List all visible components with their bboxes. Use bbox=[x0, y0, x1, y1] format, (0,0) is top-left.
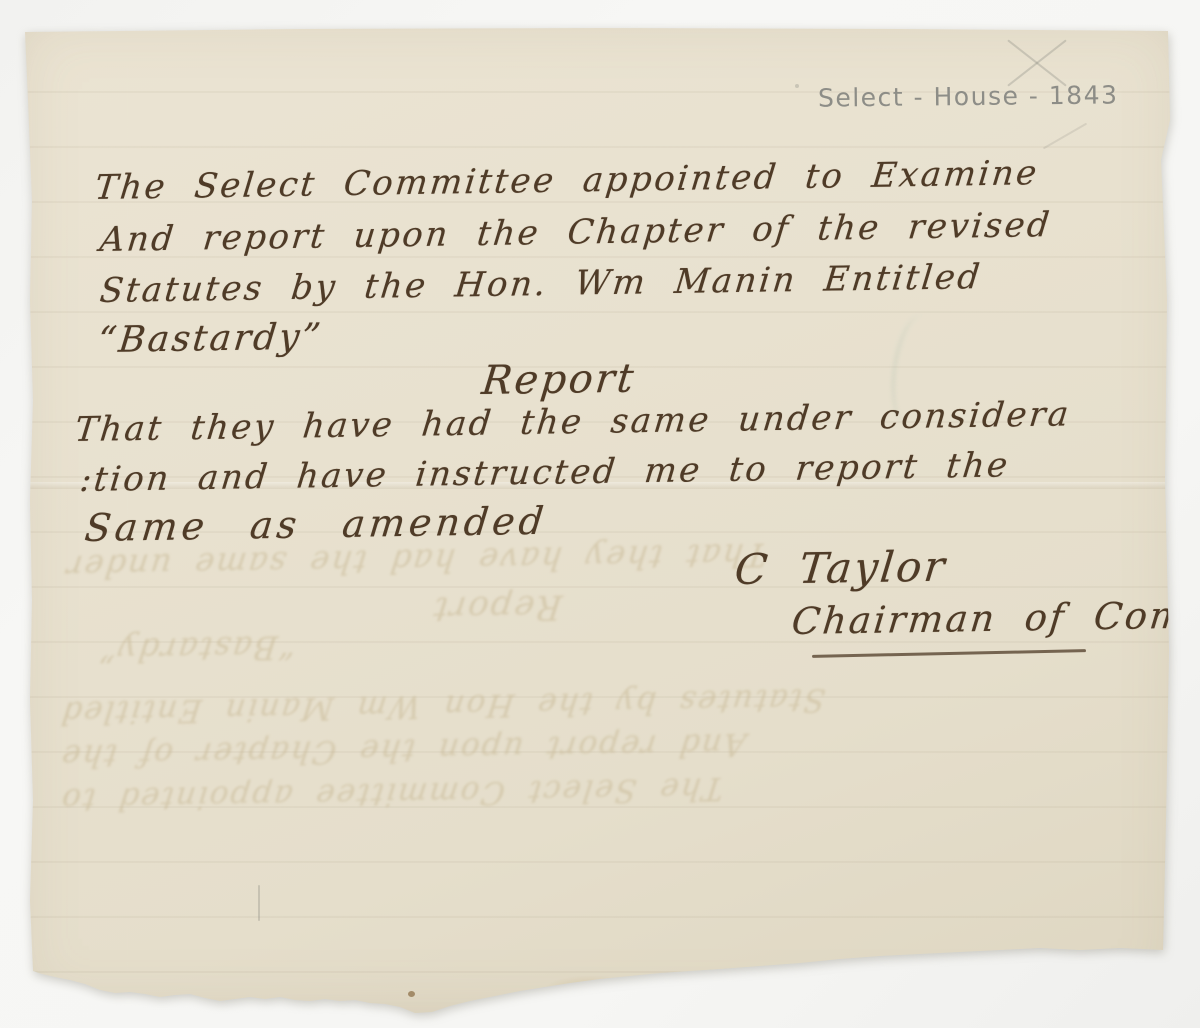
manuscript-paper: That they have had the same under Report… bbox=[0, 0, 1200, 1028]
manuscript-line: And report upon the Chapter of the revis… bbox=[98, 205, 1054, 260]
signature-name: C Taylor bbox=[732, 542, 949, 594]
bleed-through-line: And report upon the Chapter of the bbox=[58, 726, 748, 774]
pencil-stray-mark bbox=[1043, 123, 1087, 150]
bottom-edge-stain bbox=[545, 975, 635, 1001]
bleed-through-line: “Bastardy” bbox=[96, 628, 298, 670]
manuscript-line: Same as amended bbox=[83, 499, 550, 550]
manuscript-line: “Bastardy” bbox=[96, 316, 325, 361]
report-heading: Report bbox=[480, 356, 639, 404]
bleed-through-line: Report bbox=[430, 587, 565, 629]
foxing-spot bbox=[408, 991, 415, 997]
bleed-through-line: Statutes by the Hon Wm Manin Entitled bbox=[58, 681, 827, 730]
signature-title: Chairman of Com. bbox=[790, 594, 1200, 644]
signature-underline-flourish bbox=[812, 649, 1086, 657]
manuscript-line: The Select Committee appointed to Examin… bbox=[93, 153, 1041, 208]
pencil-dot-mark bbox=[795, 84, 799, 88]
manuscript-line: :tion and have instructed me to report t… bbox=[78, 445, 1012, 500]
pencil-tick-mark bbox=[258, 885, 260, 921]
bleed-through-line: The Select Committee appointed to bbox=[58, 770, 726, 818]
scanned-document-page: That they have had the same under Report… bbox=[0, 0, 1200, 1028]
archival-pencil-label: Select - House - 1843 bbox=[818, 80, 1119, 112]
manuscript-line: Statutes by the Hon. Wm Manin Entitled bbox=[98, 257, 984, 311]
paper-shadow: That they have had the same under Report… bbox=[0, 0, 1200, 1028]
